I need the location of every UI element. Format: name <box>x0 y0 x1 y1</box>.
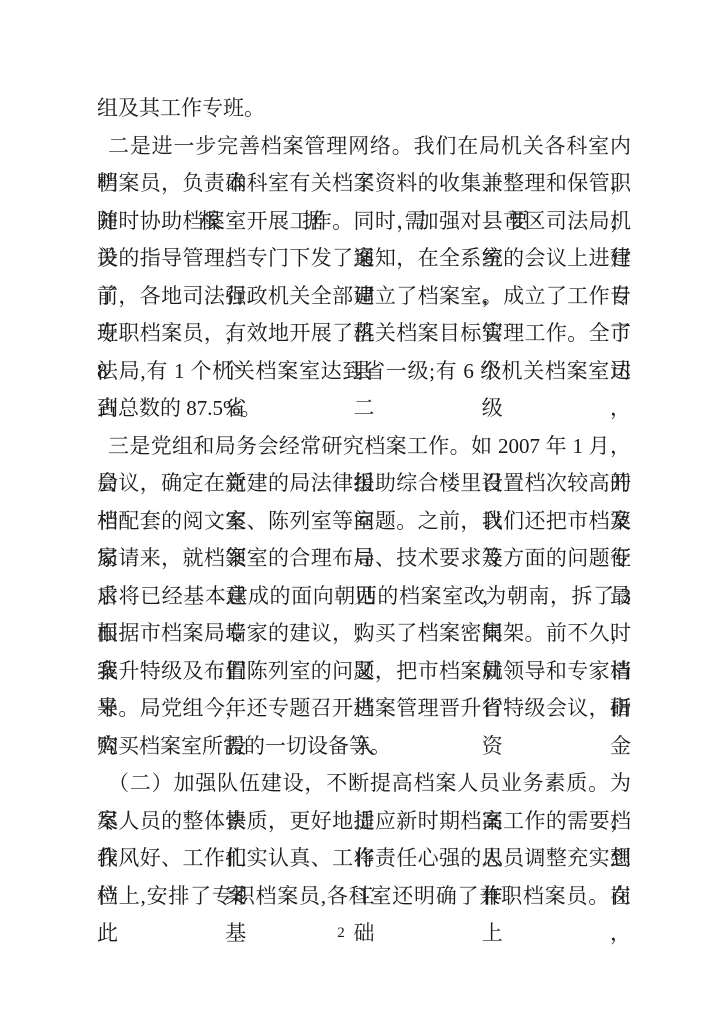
text-line: 后将已经基本建成的面向朝西的档案室改为朝南，拆了 3 面墙；同时 <box>97 578 631 616</box>
text-line: 家请来，就档案室的合理布局、技术要求等方面的问题征求意见，最 <box>97 540 631 578</box>
text-line: 专职档案员，有效地开展了机关档案目标管理工作。全市 8 个县级司 <box>97 315 631 353</box>
text-line: 二是进一步完善档案管理网络。我们在局机关各科室内明确了兼职 <box>97 128 631 166</box>
text-line: 法局,有 1 个机关档案室达到省一级;有 6 个机关档案室达到省二级， <box>97 353 631 391</box>
text-line: 档案员，负责本科室有关档案资料的收集、整理和保管，并根据需要， <box>97 165 631 203</box>
text-line: 组及其工作专班。 <box>97 90 631 128</box>
document-page: 组及其工作专班。二是进一步完善档案管理网络。我们在局机关各科室内明确了兼职档案员… <box>0 0 721 1020</box>
text-line: 根据市档案局专家的建议，购买了档案密集架。前不久，我们又就档 <box>97 615 631 653</box>
text-line: 随时协助档案室开展工作。同时，加强对县市区司法局机关档案室建 <box>97 203 631 241</box>
text-line: 导。局党组今年还专题召开档案管理晋升省特级会议，研究投入资金 <box>97 690 631 728</box>
text-line: 案人员的整体素质，更好地适应新时期档案工作的需要，我们将思想 <box>97 803 631 841</box>
text-line: 相配套的阅文室、陈列室等问题。之前，我们还把市档案局领导及专 <box>97 503 631 541</box>
text-line: 设的指导管理。专门下发了通知，在全系统的会议上进行了强调。目 <box>97 240 631 278</box>
text-line: （二）加强队伍建设，不断提高档案人员业务素质。为尽快提高档 <box>97 765 631 803</box>
page-number: 2 <box>297 924 385 942</box>
text-line: 作风好、工作扎实认真、工作责任心强的人员调整充实到档案工作岗 <box>97 840 631 878</box>
text-line: 案升特级及布置陈列室的问题，把市档案局领导和专家请来，进行指 <box>97 653 631 691</box>
text-line: 前，各地司法行政机关全部建立了档案室，成立了工作专班，落实了 <box>97 278 631 316</box>
text-line: 会议，确定在新建的局法律援助综合楼里设置档次较高的档案室以及 <box>97 465 631 503</box>
text-line: 三是党组和局务会经常研究档案工作。如 2007 年 1 月，局党组召开 <box>97 428 631 466</box>
text-line: 位上,安排了专职档案员,各科室还明确了兼职档案员。在此基础上， <box>97 878 631 916</box>
document-body: 组及其工作专班。二是进一步完善档案管理网络。我们在局机关各科室内明确了兼职档案员… <box>97 90 631 915</box>
